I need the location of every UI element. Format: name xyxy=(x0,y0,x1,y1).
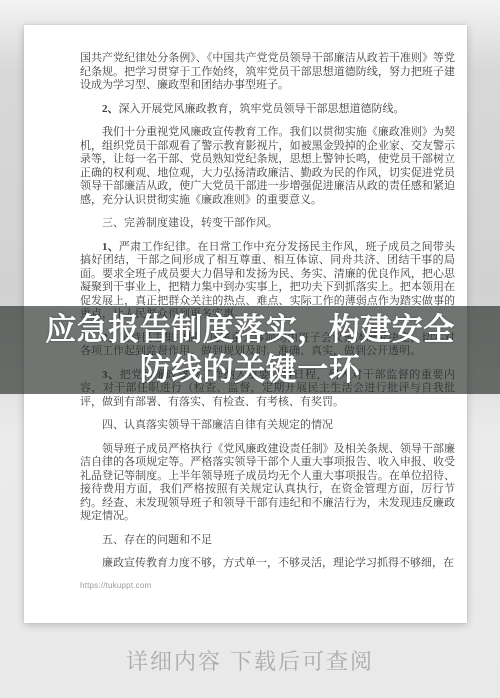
document-paragraph: 四、认真落实领导干部廉洁自律有关规定的情况 xyxy=(80,419,455,433)
document-paragraph: 五、存在的问题和不足 xyxy=(80,534,455,548)
watermark-url: https://tukuppt.com xyxy=(80,581,455,590)
download-hint-text: 详细内容 下载后可查阅 xyxy=(126,645,374,676)
preview-title-line1: 应急报告制度落实，构建安全 xyxy=(45,310,455,350)
preview-title-overlay: 应急报告制度落实，构建安全 防线的关键一环 xyxy=(0,306,500,394)
document-paragraph: 三、完善制度建设，转变干部作风。 xyxy=(80,217,455,231)
document-paragraph: 廉政宣传教育力度不够，方式单一，不够灵活，理论学习抓得不够细，在 xyxy=(80,557,455,571)
preview-title-line2: 防线的关键一环 xyxy=(140,350,361,390)
document-paragraph: 国共产党纪律处分条例》、《中国共产党党员领导干部廉洁从政若干准则》等党纪条规。把… xyxy=(80,52,455,93)
document-paragraph: 我们十分重视党风廉政宣传教育工作。我们以贯彻实施《廉政准则》为契机，组织党员干部… xyxy=(80,126,455,207)
download-hint-bar: 详细内容 下载后可查阅 xyxy=(0,623,500,698)
document-paragraph: 2、深入开展党风廉政教育，筑牢党员领导干部思想道德防线。 xyxy=(80,103,455,117)
document-paragraph: 领导班子成员严格执行《党风廉政建设责任制》及相关条规、领导干部廉洁自律的各项规定… xyxy=(80,443,455,524)
